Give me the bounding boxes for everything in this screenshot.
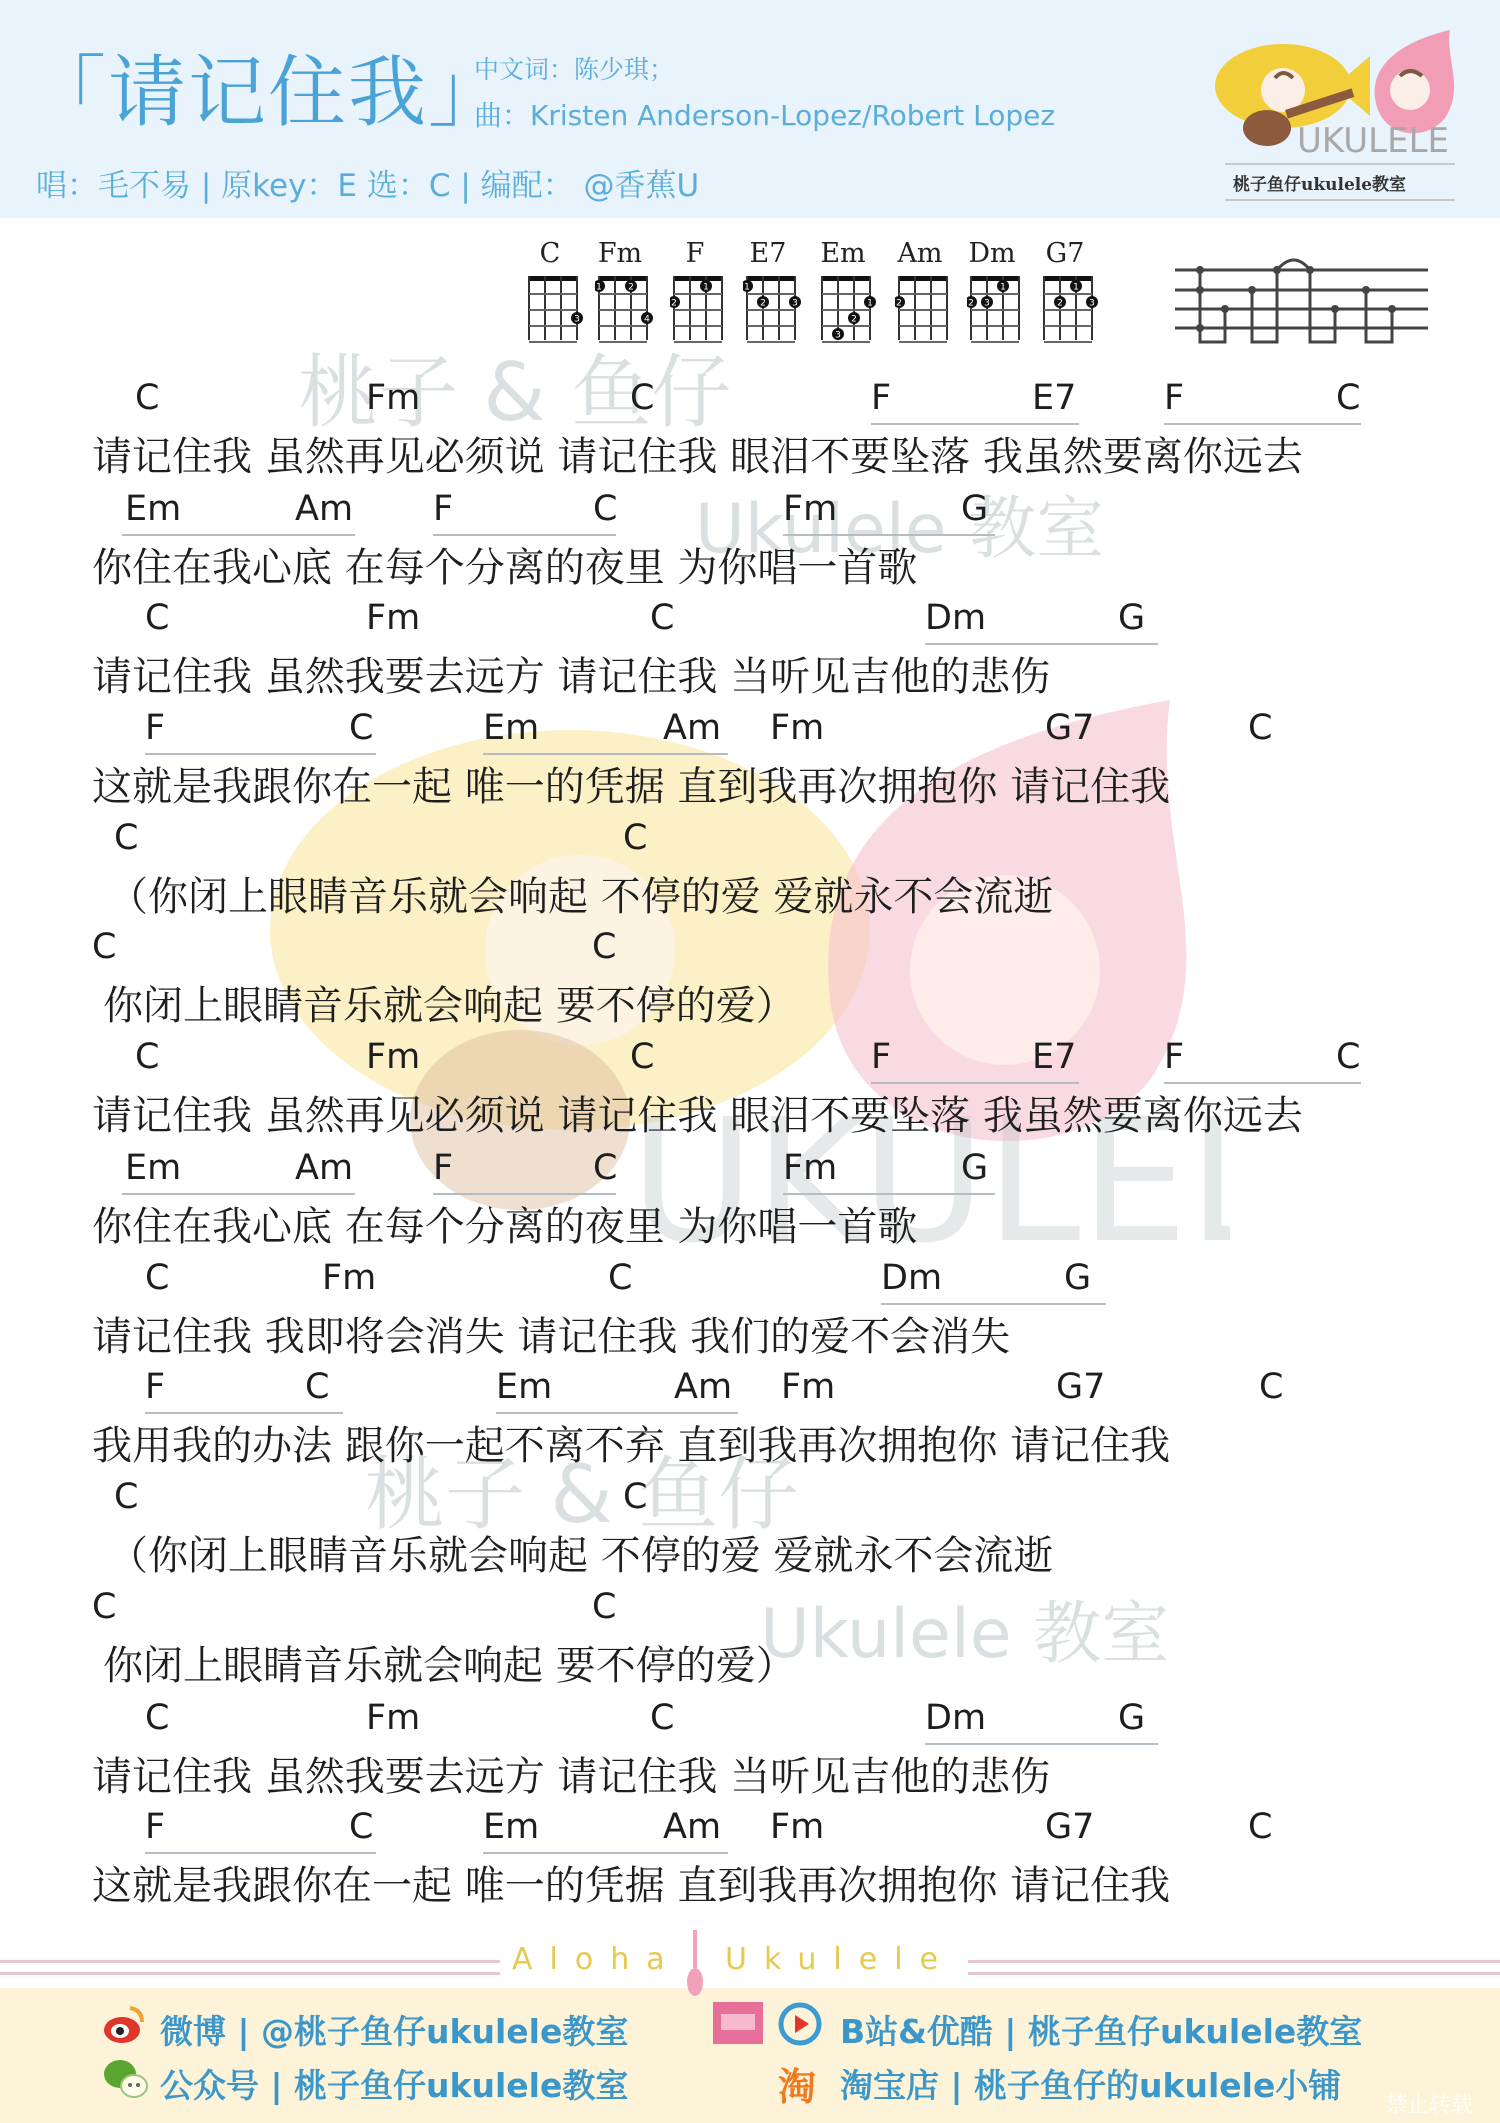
chord-symbol: Em — [496, 1370, 552, 1405]
chord-symbol: Fm — [781, 1370, 835, 1405]
chord-symbol: C — [650, 1701, 674, 1736]
chord-symbol: C — [349, 1810, 373, 1845]
chord-diagram-em: Em321 — [808, 238, 878, 348]
chord-symbol: F — [871, 381, 891, 416]
chord-diagram-dm: Dm231 — [957, 238, 1027, 348]
chord-symbol: C — [1248, 711, 1272, 746]
wechat-icon — [102, 2056, 148, 2102]
chord-symbol: C — [145, 601, 169, 636]
fish-logo-icon: UKULELE 桃子鱼仔ukulele教室 — [1205, 28, 1470, 208]
chord-diagram-f: F21 — [660, 238, 730, 348]
chord-pair-underline — [433, 534, 616, 536]
youku-icon — [778, 2002, 822, 2046]
chord-symbol: E7 — [1032, 1040, 1076, 1075]
chord-symbol: F — [433, 1151, 453, 1186]
chord-symbol: Em — [125, 1151, 181, 1186]
chord-symbol: C — [593, 492, 617, 527]
chord-pair-underline — [122, 534, 355, 536]
bilibili-youku-link[interactable]: B站&优酷 | 桃子鱼仔ukulele教室 — [840, 2006, 1362, 2053]
chord-symbol: G — [1064, 1261, 1091, 1296]
svg-text:2: 2 — [1057, 299, 1063, 309]
chord-symbol: F — [145, 1810, 165, 1845]
svg-text:2: 2 — [896, 299, 902, 309]
chord-pair-underline — [496, 1412, 738, 1414]
divider-line — [968, 1972, 1500, 1975]
svg-text:4: 4 — [644, 315, 650, 325]
watermark-ukulele-bottom: Ukulele 教室 — [760, 1580, 1169, 1677]
composer-credit: 曲：Kristen Anderson-Lopez/Robert Lopez — [474, 94, 1055, 134]
svg-text:2: 2 — [671, 299, 677, 309]
chord-symbol: G7 — [1056, 1370, 1105, 1405]
lyricist-credit: 中文词：陈少琪； — [474, 50, 674, 86]
divider-line — [968, 1960, 1500, 1963]
chord-pair-underline — [483, 753, 728, 755]
chord-pair-underline — [925, 1743, 1158, 1745]
lyric-line: 你闭上眼睛音乐就会响起 要不停的爱） — [103, 1646, 796, 1686]
lyric-line: 你闭上眼睛音乐就会响起 要不停的爱） — [103, 986, 796, 1026]
chord-symbol: Em — [125, 492, 181, 527]
chord-symbol: C — [650, 601, 674, 636]
lyric-line: 你住在我心底 在每个分离的夜里 为你唱一首歌 — [92, 548, 917, 588]
chord-symbol: Fm — [366, 381, 420, 416]
chord-diagram-label: Fm — [585, 238, 655, 269]
chord-symbol: Fm — [770, 711, 824, 746]
chord-symbol: C — [623, 1480, 647, 1515]
brand-logo: UKULELE 桃子鱼仔ukulele教室 — [1205, 28, 1470, 208]
svg-text:UKULELE: UKULELE — [1297, 121, 1449, 161]
chord-diagram-label: Am — [885, 238, 955, 269]
chord-symbol: Dm — [925, 1701, 986, 1736]
chord-diagram-fm: Fm124 — [585, 238, 655, 348]
divider-line — [0, 1960, 500, 1963]
aloha-banner-left: Aloha — [512, 1942, 682, 1977]
chord-symbol: Am — [663, 1810, 721, 1845]
chord-symbol: Em — [483, 711, 539, 746]
chord-symbol: C — [1336, 1040, 1360, 1075]
chord-symbol: G7 — [1045, 711, 1094, 746]
fretboard-icon: 123 — [743, 274, 805, 346]
svg-text:桃子鱼仔ukulele教室: 桃子鱼仔ukulele教室 — [1233, 174, 1406, 195]
svg-text:2: 2 — [760, 299, 766, 309]
chord-symbol: Dm — [881, 1261, 942, 1296]
chord-symbol: Fm — [783, 1151, 837, 1186]
chord-diagram-e7: E7123 — [733, 238, 803, 348]
fretboard-icon: 231 — [967, 274, 1029, 346]
chord-symbol: C — [1259, 1370, 1283, 1405]
chord-symbol: Dm — [925, 601, 986, 636]
taobao-shop-link[interactable]: 淘宝店 | 桃子鱼仔的ukulele小铺 — [840, 2060, 1341, 2107]
svg-text:3: 3 — [792, 299, 798, 309]
aloha-banner-right: Ukulele — [725, 1942, 955, 1977]
chord-diagram-label: Em — [808, 238, 878, 269]
chord-symbol: C — [630, 1040, 654, 1075]
svg-text:3: 3 — [984, 299, 990, 309]
weibo-icon — [102, 2002, 146, 2046]
performer-key-credits: 唱：毛不易 | 原key：E 选：C | 编配： @香蕉U — [36, 160, 699, 205]
chord-symbol: G7 — [1045, 1810, 1094, 1845]
chord-diagram-g7: G7213 — [1030, 238, 1100, 348]
chord-symbol: C — [623, 821, 647, 856]
chord-symbol: G — [1118, 601, 1145, 636]
chord-pair-underline — [122, 1193, 355, 1195]
chord-symbol: Am — [663, 711, 721, 746]
ukulele-icon — [685, 1930, 705, 2000]
chord-symbol: C — [92, 1590, 116, 1625]
svg-text:3: 3 — [574, 315, 580, 325]
fretboard-icon: 321 — [818, 274, 880, 346]
lyric-line: 请记住我 我即将会消失 请记住我 我们的爱不会消失 — [92, 1317, 1010, 1357]
chord-symbol: Em — [483, 1810, 539, 1845]
chord-symbol: Fm — [366, 601, 420, 636]
lyric-line: 请记住我 虽然再见必须说 请记住我 眼泪不要坠落 我虽然要离你远去 — [92, 1096, 1303, 1136]
chord-symbol: C — [608, 1261, 632, 1296]
chord-symbol: C — [592, 930, 616, 965]
chord-diagram-label: F — [660, 238, 730, 269]
chord-pair-underline — [871, 1082, 1079, 1084]
no-repost-notice: 禁止转载 — [1385, 2088, 1473, 2119]
svg-text:1: 1 — [744, 283, 750, 293]
chord-symbol: F — [1164, 381, 1184, 416]
fretboard-icon: 21 — [670, 274, 732, 346]
chord-pair-underline — [871, 423, 1079, 425]
chord-pair-underline — [783, 534, 995, 536]
lyric-line: 我用我的办法 跟你一起不离不弃 直到我再次拥抱你 请记住我 — [92, 1426, 1170, 1466]
lyric-line: 你住在我心底 在每个分离的夜里 为你唱一首歌 — [92, 1207, 917, 1247]
lyric-line: 这就是我跟你在一起 唯一的凭据 直到我再次拥抱你 请记住我 — [92, 1866, 1170, 1906]
svg-text:2: 2 — [851, 315, 857, 325]
chord-symbol: E7 — [1032, 381, 1076, 416]
chord-symbol: Fm — [366, 1701, 420, 1736]
chord-pair-underline — [881, 1303, 1106, 1305]
chord-symbol: C — [630, 381, 654, 416]
chord-symbol: F — [871, 1040, 891, 1075]
chord-symbol: G — [1118, 1701, 1145, 1736]
chord-symbol: Fm — [783, 492, 837, 527]
chord-pair-underline — [783, 1193, 995, 1195]
chord-diagram-label: C — [515, 238, 585, 269]
chord-symbol: Fm — [366, 1040, 420, 1075]
chord-diagram-am: Am2 — [885, 238, 955, 348]
chord-symbol: G — [961, 1151, 988, 1186]
lyric-line: （你闭上眼睛音乐就会响起 不停的爱 爱就永不会流逝 — [108, 1536, 1053, 1576]
chord-symbol: Am — [295, 492, 353, 527]
song-title: 「请记住我」 — [28, 30, 508, 142]
divider-line — [0, 1972, 500, 1975]
lyric-line: 请记住我 虽然我要去远方 请记住我 当听见吉他的悲伤 — [92, 1757, 1050, 1797]
lyric-line: 这就是我跟你在一起 唯一的凭据 直到我再次拥抱你 请记住我 — [92, 767, 1170, 807]
chord-symbol: G — [961, 492, 988, 527]
chord-symbol: Am — [295, 1151, 353, 1186]
chord-symbol: C — [305, 1370, 329, 1405]
chord-symbol: C — [135, 1040, 159, 1075]
chord-symbol: C — [114, 821, 138, 856]
chord-pair-underline — [145, 1412, 343, 1414]
svg-text:3: 3 — [835, 331, 841, 341]
chord-symbol: C — [349, 711, 373, 746]
svg-text:2: 2 — [968, 299, 974, 309]
chord-symbol: C — [114, 1480, 138, 1515]
chord-symbol: C — [145, 1701, 169, 1736]
svg-text:1: 1 — [1073, 283, 1079, 293]
chord-symbol: C — [593, 1151, 617, 1186]
svg-text:3: 3 — [1089, 299, 1095, 309]
chord-symbol: C — [145, 1261, 169, 1296]
bilibili-icon — [713, 1998, 763, 2048]
chord-symbol: C — [1248, 1810, 1272, 1845]
chord-symbol: Fm — [770, 1810, 824, 1845]
lyric-line: 请记住我 虽然再见必须说 请记住我 眼泪不要坠落 我虽然要离你远去 — [92, 437, 1303, 477]
chord-pair-underline — [145, 1852, 376, 1854]
svg-text:1: 1 — [703, 283, 709, 293]
chord-pair-underline — [433, 1193, 616, 1195]
chord-diagram-c: C3 — [515, 238, 585, 348]
svg-text:1: 1 — [1000, 283, 1006, 293]
chord-diagram-label: Dm — [957, 238, 1027, 269]
chord-symbol: F — [145, 711, 165, 746]
chord-symbol: Am — [674, 1370, 732, 1405]
fretboard-icon: 124 — [595, 274, 657, 346]
footer: Aloha Ukulele 微博 | @桃子鱼仔ukulele教室 公众号 | … — [0, 1930, 1500, 2123]
chord-symbol: F — [145, 1370, 165, 1405]
chord-symbol: C — [1336, 381, 1360, 416]
chord-pair-underline — [1164, 423, 1361, 425]
chord-symbol: F — [1164, 1040, 1184, 1075]
chord-pair-underline — [483, 1852, 728, 1854]
strum-pattern-tab-icon — [1170, 250, 1430, 350]
svg-text:1: 1 — [596, 283, 602, 293]
chord-symbol: C — [135, 381, 159, 416]
lyric-line: （你闭上眼睛音乐就会响起 不停的爱 爱就永不会流逝 — [108, 877, 1053, 917]
header: 「请记住我」 中文词：陈少琪； 曲：Kristen Anderson-Lopez… — [0, 0, 1500, 218]
chord-pair-underline — [145, 753, 376, 755]
chord-symbol: Fm — [322, 1261, 376, 1296]
weibo-link[interactable]: 微博 | @桃子鱼仔ukulele教室 — [160, 2006, 628, 2053]
chord-symbol: C — [592, 1590, 616, 1625]
wechat-official-account-link[interactable]: 公众号 | 桃子鱼仔ukulele教室 — [160, 2060, 628, 2107]
taobao-icon: 淘 — [778, 2056, 816, 2111]
chord-diagram-label: E7 — [733, 238, 803, 269]
svg-text:1: 1 — [867, 299, 873, 309]
chord-pair-underline — [1164, 1082, 1361, 1084]
chord-symbol: C — [92, 930, 116, 965]
chord-diagram-label: G7 — [1030, 238, 1100, 269]
svg-text:2: 2 — [628, 283, 634, 293]
lyric-line: 请记住我 虽然我要去远方 请记住我 当听见吉他的悲伤 — [92, 657, 1050, 697]
fretboard-icon: 2 — [895, 274, 957, 346]
fretboard-icon: 3 — [525, 274, 587, 346]
chord-pair-underline — [925, 643, 1158, 645]
chord-symbol: F — [433, 492, 453, 527]
fretboard-icon: 213 — [1040, 274, 1102, 346]
